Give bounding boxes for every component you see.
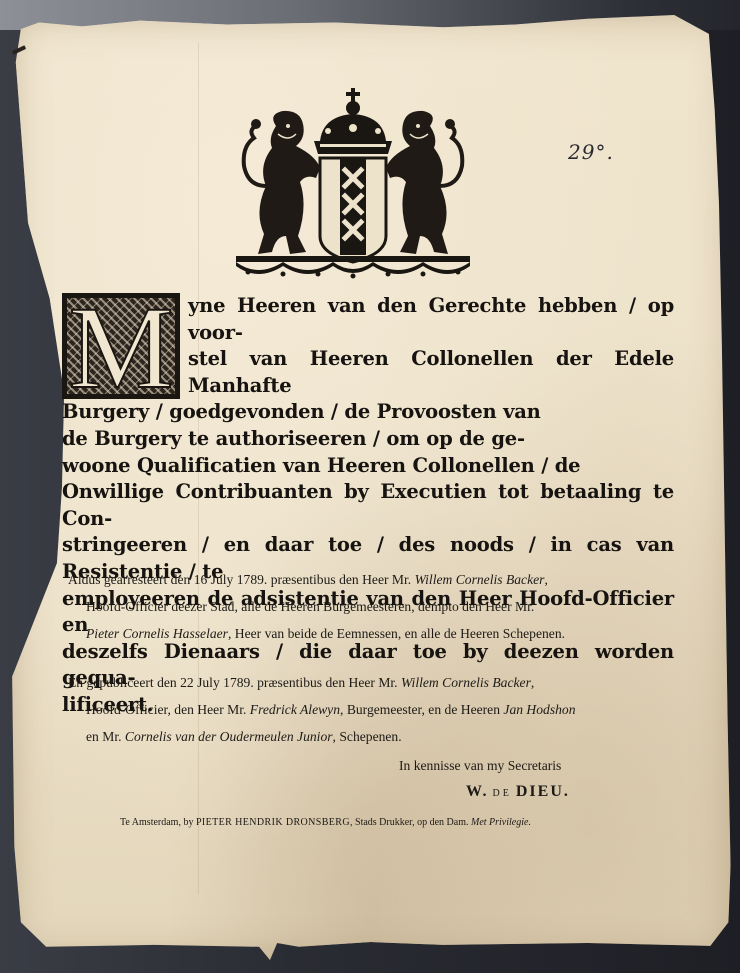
printer-name: PIETER HENDRIK DRONSBERG: [196, 817, 350, 828]
lion-right-icon: [386, 111, 462, 254]
shield-icon: [320, 158, 386, 262]
person-name: Pieter Cornelis Hasselaer: [86, 626, 228, 641]
gothic-line-6: Onwillige Contribuanten by Executien tot…: [62, 479, 674, 532]
lion-left-icon: [244, 111, 320, 254]
resolution-line-3: Pieter Cornelis Hasselaer, Heer van beid…: [68, 620, 668, 647]
decorated-initial-m: M: [62, 293, 180, 399]
person-name: Willem Cornelis Backer: [401, 675, 531, 690]
secretary-attestation: In kennisse van my Secretaris: [399, 758, 561, 774]
crown-icon: [314, 88, 392, 154]
resolution-paragraph: Aldus gearresteert den 16 July 1789. præ…: [68, 566, 668, 647]
publication-line-1: En gepubliceert den 22 July 1789. præsen…: [68, 669, 668, 696]
resolution-line-1: Aldus gearresteert den 16 July 1789. præ…: [68, 566, 668, 593]
drop-cap-letter: M: [64, 289, 178, 407]
publication-line-3: en Mr. Cornelis van der Oudermeulen Juni…: [68, 723, 668, 750]
privilege-note: Met Privilegie.: [471, 817, 531, 828]
proclamation-text-blackletter: M yne Heeren van den Gerechte hebben / o…: [62, 293, 674, 719]
handwritten-number: 29°.: [568, 140, 614, 164]
person-name: Willem Cornelis Backer: [415, 572, 545, 587]
resolution-line-2: Hoofd-Officier deezer Stad, alle de Heer…: [68, 593, 668, 620]
publication-line-2: Hoofd-Officier, den Heer Mr. Fredrick Al…: [68, 696, 668, 723]
person-name: Cornelis van der Oudermeulen Junior: [125, 729, 333, 744]
person-name: Jan Hodshon: [503, 702, 575, 717]
gothic-line-4: de Burgery te authoriseeren / om op de g…: [62, 426, 674, 453]
gothic-line-5: woone Qualificatien van Heeren Collonell…: [62, 453, 674, 480]
drapery-base-icon: [236, 256, 470, 279]
amsterdam-coat-of-arms-icon: [228, 86, 478, 281]
person-name: Fredrick Alewyn: [250, 702, 340, 717]
secretary-signature: W.DEDIEU.: [466, 783, 570, 801]
printer-imprint: Te Amsterdam, by PIETER HENDRIK DRONSBER…: [120, 817, 640, 828]
publication-paragraph: En gepubliceert den 22 July 1789. præsen…: [68, 669, 668, 750]
